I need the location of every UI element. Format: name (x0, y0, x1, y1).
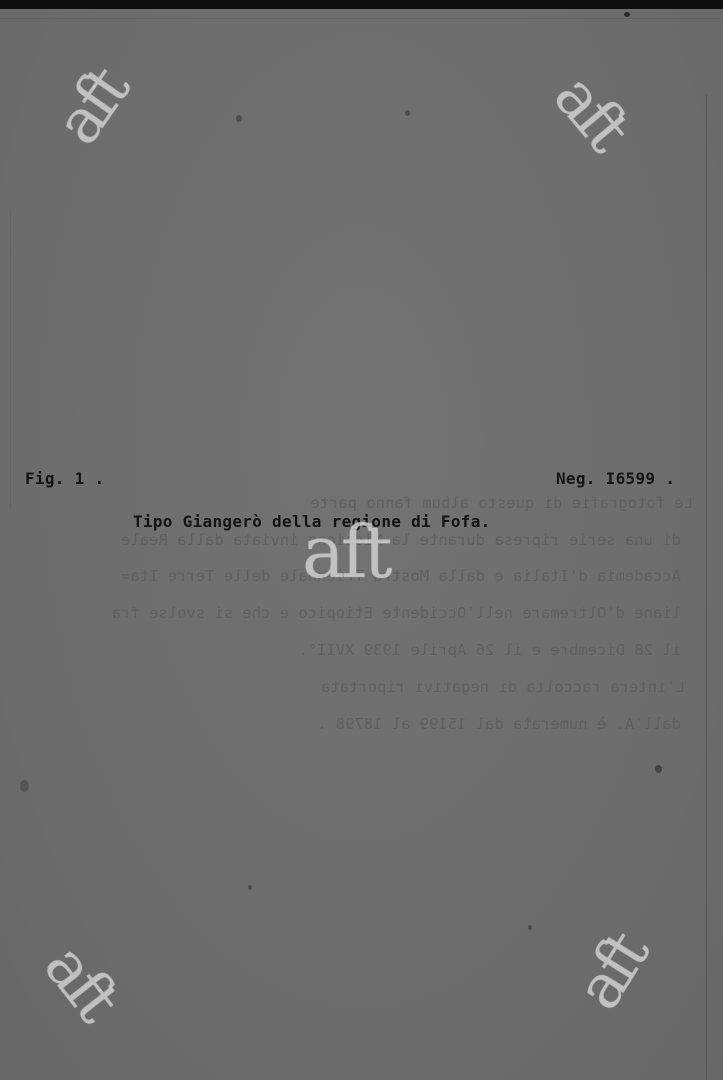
dust-spot (624, 12, 630, 17)
scan-top-border (0, 0, 723, 9)
dust-spot (405, 110, 410, 116)
dust-spot (236, 115, 242, 122)
dust-spot (248, 885, 252, 890)
negative-number: Neg. I6599 . (556, 469, 675, 488)
watermark-center: aft (302, 510, 389, 594)
dust-spot (528, 925, 532, 930)
page-edge-right (706, 95, 707, 1080)
dust-spot (655, 765, 662, 773)
figure-label: Fig. 1 . (25, 469, 104, 488)
page-edge-left (10, 210, 11, 510)
dust-spot (20, 780, 29, 792)
page-edge-top (0, 18, 723, 19)
